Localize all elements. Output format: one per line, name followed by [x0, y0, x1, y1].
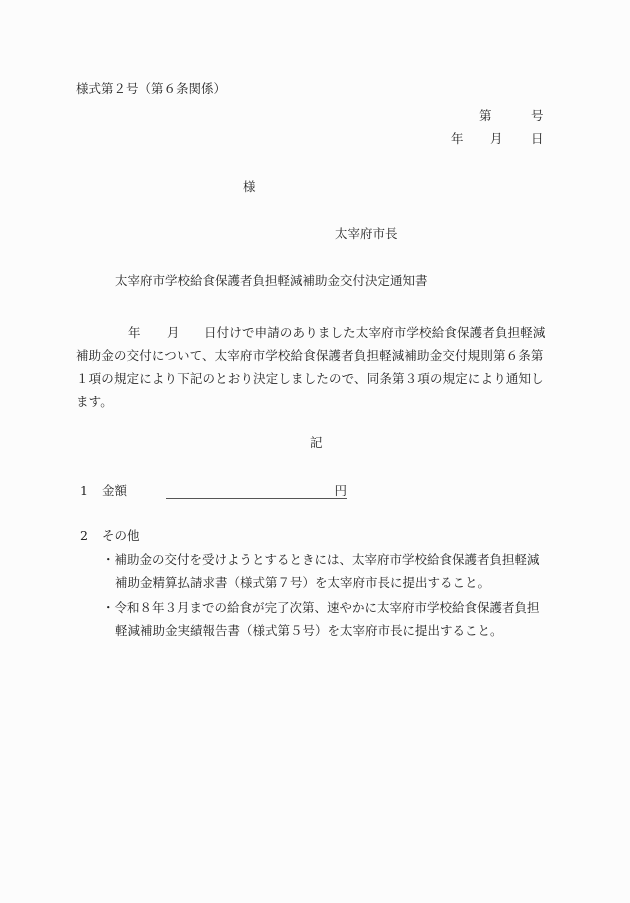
- notice-body-line-1: 年月日付けで申請のありました太宰府市学校給食保護者負担軽減: [76, 321, 554, 344]
- document-title: 太宰府市学校給食保護者負担軽減補助金交付決定通知書: [115, 275, 428, 288]
- bullet-1-line-2: 補助金精算払請求書（様式第７号）を太宰府市長に提出すること。: [102, 571, 562, 594]
- amount-field[interactable]: 円: [166, 482, 347, 499]
- notice-body-line-3: １項の規定により下記のとおり決定しましたので、同条第３項の規定により通知し: [76, 367, 554, 390]
- item-2-number: 2: [80, 530, 88, 543]
- bullet-2-line-1: ・令和８年３月までの給食が完了次第、速やかに太宰府市学校給食保護者負担: [102, 596, 562, 619]
- issue-date: 年月日: [451, 133, 544, 146]
- amount-unit: 円: [334, 485, 347, 498]
- ki-heading: 記: [310, 437, 323, 450]
- notice-body-line-2: 補助金の交付について、太宰府市学校給食保護者負担軽減補助金交付規則第６条第: [76, 344, 554, 367]
- recipient: 様: [243, 181, 256, 194]
- notice-body-line-4: ます。: [76, 390, 554, 413]
- body-year: 年: [128, 321, 167, 344]
- bullet-item-1: ・補助金の交付を受けようとするときには、太宰府市学校給食保護者負担軽減 補助金精…: [102, 548, 562, 594]
- item-1-number: 1: [80, 485, 88, 498]
- issue-date-year: 年: [451, 133, 490, 146]
- bullet-2-line-2: 軽減補助金実績報告書（様式第５号）を太宰府市長に提出すること。: [102, 619, 562, 642]
- notice-body: 年月日付けで申請のありました太宰府市学校給食保護者負担軽減 補助金の交付について…: [76, 321, 554, 413]
- body-month: 月: [167, 321, 204, 344]
- issue-date-day: 日: [531, 133, 544, 146]
- sender: 太宰府市長: [335, 228, 398, 241]
- issue-number-suffix: 号: [531, 108, 544, 123]
- item-2-label: その他: [102, 530, 140, 543]
- item-1-label: 金額: [102, 485, 127, 498]
- form-label: 様式第２号（第６条関係）: [76, 83, 226, 96]
- bullet-1-line-1: ・補助金の交付を受けようとするときには、太宰府市学校給食保護者負担軽減: [102, 548, 562, 571]
- issue-number-prefix: 第: [479, 110, 531, 123]
- body-line1-rest: 日付けで申請のありました太宰府市学校給食保護者負担軽減: [204, 325, 546, 340]
- bullet-item-2: ・令和８年３月までの給食が完了次第、速やかに太宰府市学校給食保護者負担 軽減補助…: [102, 596, 562, 642]
- issue-date-month: 月: [490, 133, 531, 146]
- issue-number: 第号: [479, 110, 544, 123]
